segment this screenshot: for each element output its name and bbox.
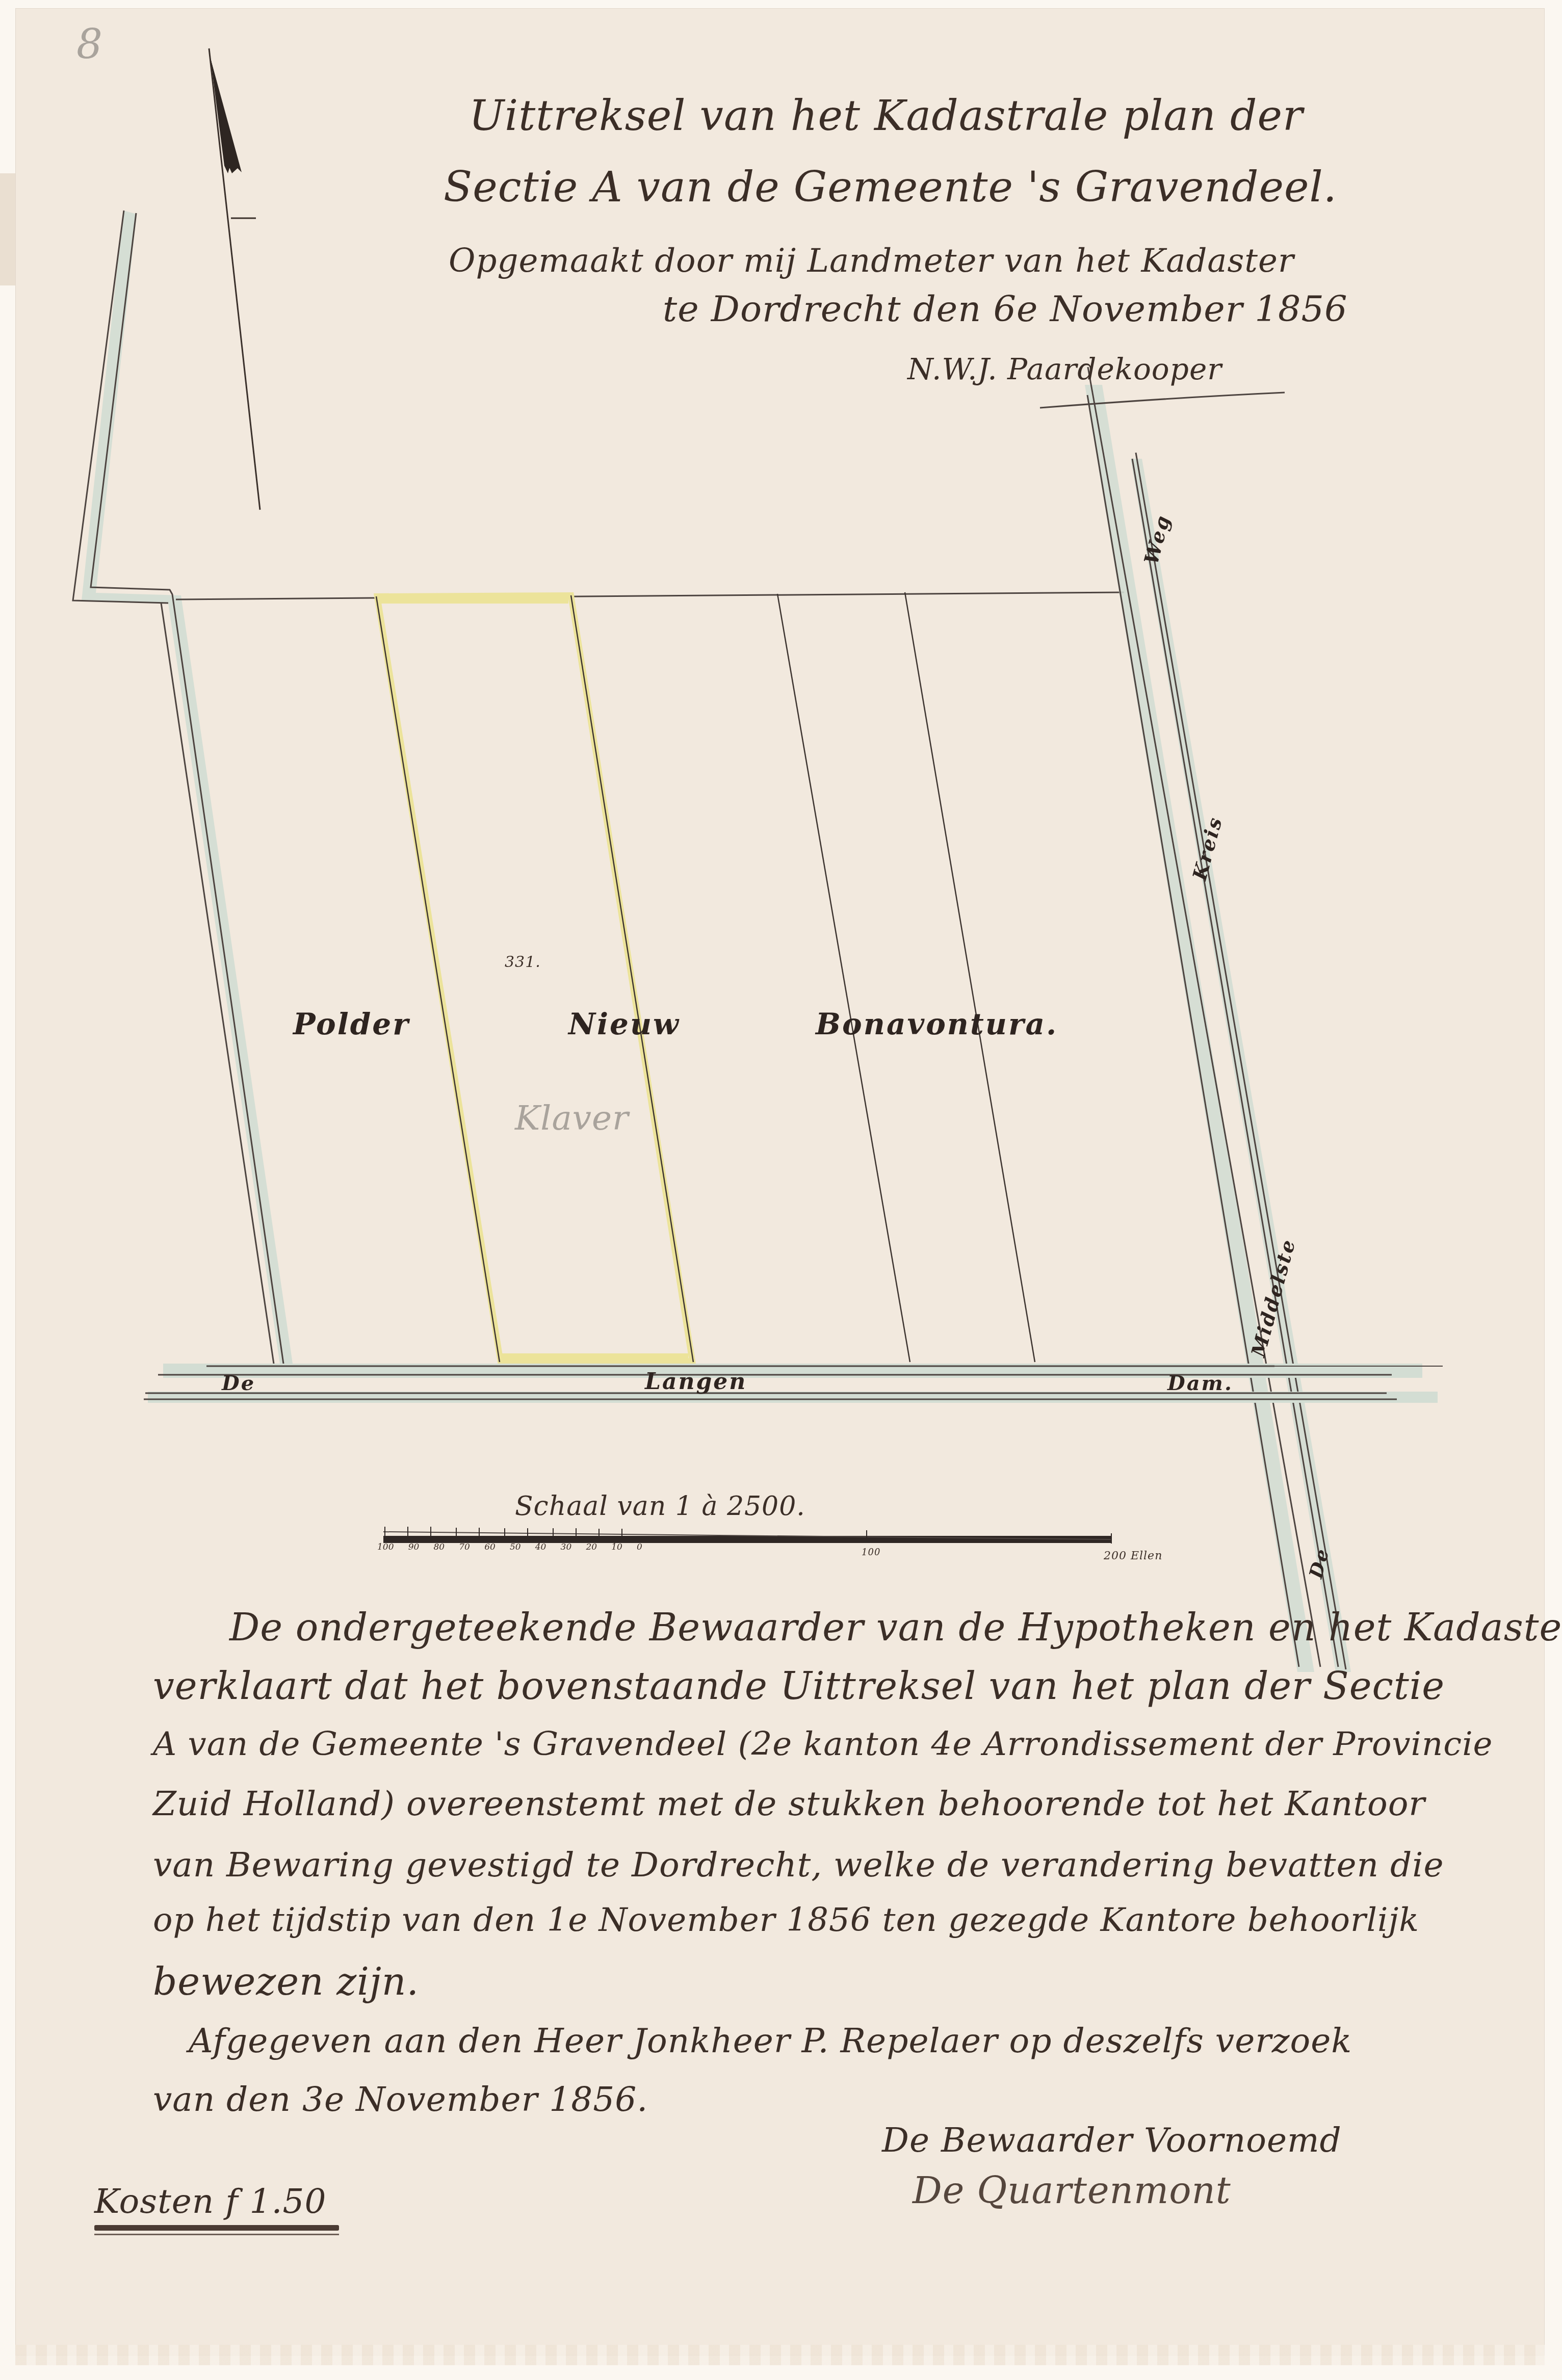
scale-tick: 70 (459, 1542, 470, 1552)
scale-tick: 40 (535, 1542, 546, 1552)
road-label-de: De (222, 1371, 255, 1395)
bewaarder-signature: De Quartenmont (913, 2169, 1231, 2212)
bewaarder-title: De Bewaarder Voornoemd (882, 2121, 1342, 2160)
certification-line-2: verklaart dat het bovenstaande Uittrekse… (153, 1664, 1445, 1708)
afgegeven-line-2: van den 3e November 1856. (153, 2080, 648, 2119)
scale-tick: 0 (637, 1542, 642, 1552)
afgegeven-line-1: Afgegeven aan den Heer Jonkheer P. Repel… (189, 2021, 1352, 2060)
parcel-331-highlight (376, 595, 693, 1363)
right-road-middelste-kreis-weg (1085, 367, 1351, 1672)
scale-tick: 30 (561, 1542, 572, 1552)
header-line-4: te Dordrecht den 6e November 1856 (663, 288, 1348, 330)
scale-ticks-left: 100 90 80 70 60 50 40 30 20 10 0 (377, 1542, 642, 1552)
surveyor-signature: N.W.J. Paardekooper (907, 352, 1222, 386)
parcel-divider (905, 592, 1035, 1362)
bottom-road-de-langen-dam (144, 1364, 1443, 1403)
parcel-number: 331. (505, 953, 541, 971)
north-arrow-icon (209, 48, 260, 510)
signature-flourish (1040, 393, 1285, 408)
road-label-langen: Langen (645, 1369, 747, 1395)
header-line-3: Opgemaakt door mij Landmeter van het Kad… (449, 242, 1294, 280)
polder-label-bonavontura: Bonavontura. (816, 1007, 1058, 1041)
certification-line-4: Zuid Holland) overeenstemt met de stukke… (153, 1784, 1425, 1823)
header-line-2: Sectie A van de Gemeente 's Gravendeel. (444, 163, 1337, 212)
kosten-underline (94, 2225, 339, 2231)
kosten-fee: Kosten f 1.50 (94, 2182, 327, 2221)
pencil-note-klaver: Klaver (515, 1099, 629, 1138)
top-boundary-line (176, 592, 1124, 599)
polder-label-polder: Polder (293, 1007, 410, 1041)
scale-tick-mid: 100 (862, 1547, 880, 1558)
scale-tick: 20 (586, 1542, 597, 1552)
scale-bar (383, 1527, 1111, 1544)
scale-tick: 50 (510, 1542, 521, 1552)
scale-tick: 100 (377, 1542, 394, 1552)
polder-label-nieuw: Nieuw (568, 1007, 680, 1041)
certification-line-7: bewezen zijn. (153, 1960, 419, 2004)
certification-line-3: A van de Gemeente 's Gravendeel (2e kant… (153, 1725, 1493, 1763)
scale-tick: 60 (484, 1542, 496, 1552)
kosten-underline-thin (94, 2234, 339, 2235)
scale-tick: 80 (433, 1542, 445, 1552)
parcel-divider (777, 594, 910, 1362)
certification-line-1: De ondergeteekende Bewaarder van de Hypo… (229, 1606, 1562, 1650)
certification-line-5: van Bewaring gevestigd te Dordrecht, wel… (153, 1845, 1444, 1885)
scale-tick: 10 (611, 1542, 622, 1552)
scale-tick-end: 200 Ellen (1104, 1550, 1162, 1562)
scale-title: Schaal van 1 à 2500. (515, 1491, 805, 1522)
header-line-1: Uittreksel van het Kadastrale plan der (469, 92, 1303, 140)
road-label-dam: Dam. (1167, 1371, 1233, 1395)
certification-line-6: op het tijdstip van den 1e November 1856… (153, 1901, 1419, 1939)
left-ditch (73, 211, 293, 1367)
page-number: 8 (76, 20, 103, 68)
scale-tick: 90 (408, 1542, 420, 1552)
